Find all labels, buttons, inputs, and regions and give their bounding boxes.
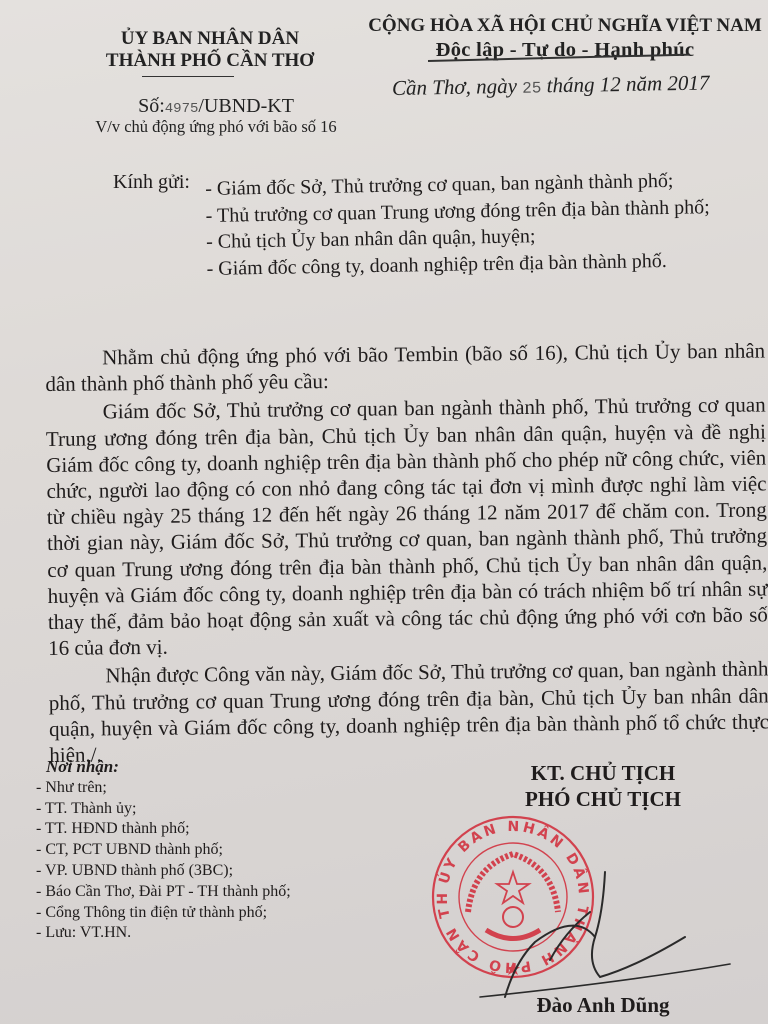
- nation-name: CỘNG HÒA XÃ HỘI CHỦ NGHĨA VIỆT NAM: [362, 14, 768, 38]
- issuer-line1: ỦY BAN NHÂN DÂN: [60, 28, 360, 50]
- signer-name: Đào Anh Dũng: [503, 993, 703, 1018]
- document-body: Nhằm chủ động ứng phó với bão Tembin (bã…: [45, 337, 768, 770]
- recipients-label: Kính gửi:: [113, 171, 190, 194]
- date-day: 25: [522, 79, 542, 97]
- doc-number-value: 4975: [165, 101, 199, 117]
- date-month: 12: [600, 72, 621, 96]
- issuer-underline: [142, 76, 234, 77]
- distribution-item: - TT. HĐND thành phố;: [36, 819, 291, 840]
- distribution-item: - Báo Cần Thơ, Đài PT - TH thành phố;: [36, 882, 291, 903]
- body-paragraph: Nhằm chủ động ứng phó với bão Tembin (bã…: [45, 337, 766, 397]
- body-paragraph: Giám đốc Sở, Thủ trưởng cơ quan ban ngàn…: [46, 392, 768, 662]
- signature-title: KT. CHỦ TỊCH PHÓ CHỦ TỊCH: [503, 760, 703, 812]
- document-subject: V/v chủ động ứng phó với bão số 16: [66, 117, 366, 137]
- issuer-line2: THÀNH PHỐ CẦN THƠ: [60, 50, 360, 72]
- distribution-item: - Cổng Thông tin điện tử thành phố;: [36, 903, 291, 924]
- signature-title-line2: PHÓ CHỦ TỊCH: [503, 786, 703, 812]
- document-date: Cần Thơ, ngày 25 tháng 12 năm 2017: [392, 70, 710, 101]
- signature-title-line1: KT. CHỦ TỊCH: [503, 760, 703, 786]
- distribution-list: Nơi nhận: - Như trên; - TT. Thành ủy; - …: [36, 757, 291, 944]
- doc-number-suffix: /UBND-KT: [198, 95, 294, 117]
- doc-number-prefix: Số:: [138, 95, 165, 117]
- date-year: năm 2017: [626, 70, 710, 95]
- date-prefix: Cần Thơ, ngày: [392, 74, 517, 100]
- distribution-title: Nơi nhận:: [46, 757, 291, 778]
- distribution-item: - Như trên;: [36, 778, 291, 799]
- issuer-block: ỦY BAN NHÂN DÂN THÀNH PHỐ CẦN THƠ: [60, 28, 360, 72]
- national-header: CỘNG HÒA XÃ HỘI CHỦ NGHĨA VIỆT NAM Độc l…: [362, 14, 768, 62]
- document-number: Số:4975/UBND-KT: [66, 95, 366, 118]
- distribution-item: - CT, PCT UBND thành phố;: [36, 840, 291, 861]
- recipients-list: - Giám đốc Sở, Thủ trưởng cơ quan, ban n…: [205, 167, 711, 282]
- distribution-item: - Lưu: VT.HN.: [36, 923, 291, 944]
- date-month-label: tháng: [546, 72, 594, 97]
- body-paragraph: Nhận được Công văn này, Giám đốc Sở, Thủ…: [48, 656, 768, 768]
- handwritten-signature-icon: [475, 842, 735, 1002]
- distribution-item: - TT. Thành ủy;: [36, 799, 291, 820]
- distribution-item: - VP. UBND thành phố (3BC);: [36, 861, 291, 882]
